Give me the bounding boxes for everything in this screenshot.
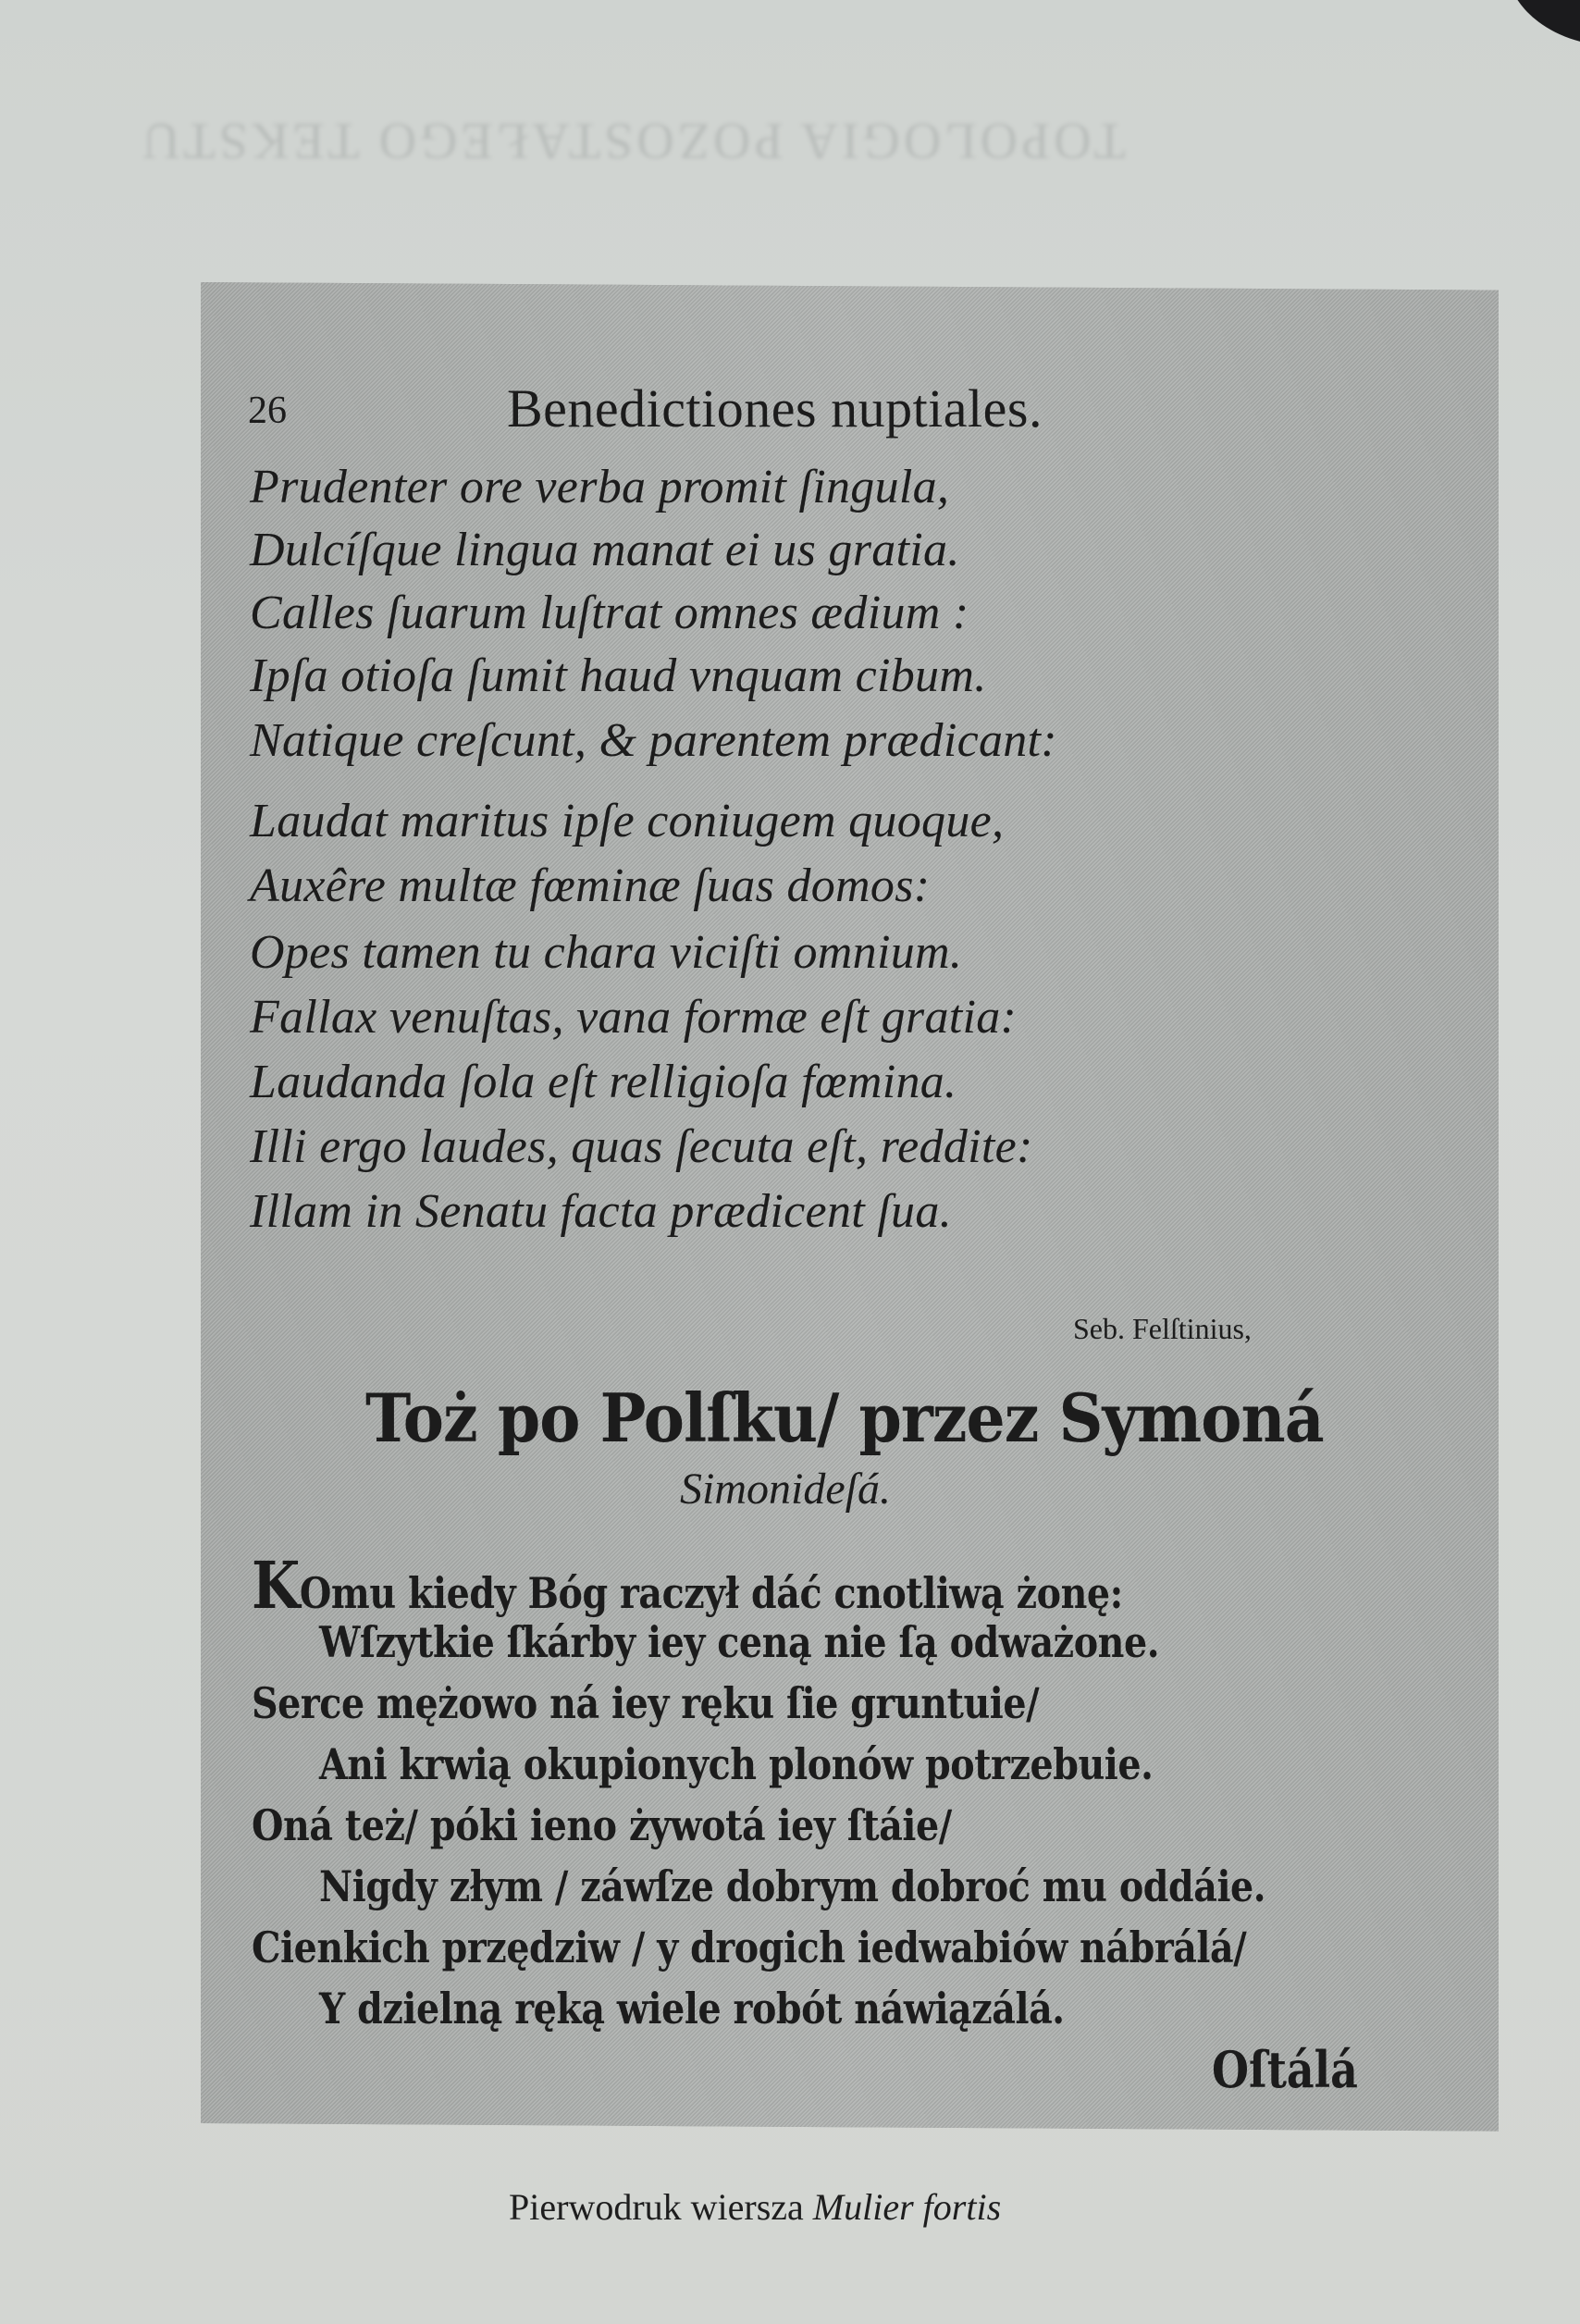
polish-title: Toż po Polſku/ przez Symoná (365, 1378, 1324, 1457)
latin-line: Laudat maritus ipſe coniugem quoque, (250, 794, 1004, 848)
drop-cap: K (252, 1547, 300, 1624)
polish-line: Wſzytkie ſkárby iey ceną nie ſą odważone… (319, 1617, 1159, 1667)
latin-line: Fallax venuſtas, vana formæ eſt gratia: (250, 990, 1017, 1045)
latin-line: Auxêre multæ fœminæ ſuas domos: (250, 859, 930, 913)
latin-line: Opes tamen tu chara viciſti omnium. (250, 925, 962, 980)
polish-line: Oná też/ póki ieno żywotá iey ſtáie/ (252, 1800, 952, 1850)
polish-subtitle: Simonideſá. (680, 1464, 891, 1514)
polish-line: Serce mężowo ná iey ręku ſie gruntuie/ (252, 1678, 1039, 1728)
polish-line-text: Omu kiedy Bóg raczył dáć cnotliwą żonę: (300, 1568, 1123, 1618)
caption-italic-title: Mulier fortis (813, 2186, 1001, 2228)
polish-line: Y dzielną ręką wiele robót náwiązálá. (319, 1984, 1065, 2033)
bleed-through-heading: TOPOLOGIA POZOSTAŁEGO TEKSTU (139, 111, 1126, 170)
latin-line: Calles ſuarum luſtrat omnes ædium : (250, 586, 969, 640)
figure-caption: Pierwodruk wiersza Mulier fortis (509, 2185, 1001, 2229)
photo-corner-shadow (1506, 0, 1580, 46)
running-title: Benedictiones nuptiales. (507, 377, 1043, 439)
latin-line: Illam in Senatu facta prædicent ſua. (250, 1184, 952, 1239)
polish-line: Nigdy złym / záwſze dobrym dobroć mu odd… (319, 1861, 1265, 1911)
polish-line: KOmu kiedy Bóg raczył dáć cnotliwą żonę: (252, 1547, 1123, 1624)
latin-author-signature: Seb. Felſtinius, (1073, 1312, 1252, 1346)
polish-line: Ani krwią okupionych plonów potrzebuie. (319, 1739, 1153, 1789)
polish-line: Cienkich przędziw / y drogich iedwabiów … (252, 1922, 1246, 1972)
latin-line: Prudenter ore verba promit ſingula, (250, 460, 949, 514)
latin-line: Dulcíſque lingua manat ei us gratia. (250, 523, 960, 577)
caption-text: Pierwodruk wiersza (509, 2186, 804, 2228)
page-number: 26 (248, 389, 287, 433)
latin-line: Natique creſcunt, & parentem prædicant: (250, 713, 1057, 768)
latin-line: Laudanda ſola eſt relligioſa fœmina. (250, 1055, 957, 1109)
polish-catchword: Oſtálá (1212, 2040, 1358, 2099)
latin-line: Ipſa otioſa ſumit haud vnquam cibum. (250, 649, 987, 703)
latin-line: Illi ergo laudes, quas ſecuta eſt, reddi… (250, 1119, 1033, 1174)
